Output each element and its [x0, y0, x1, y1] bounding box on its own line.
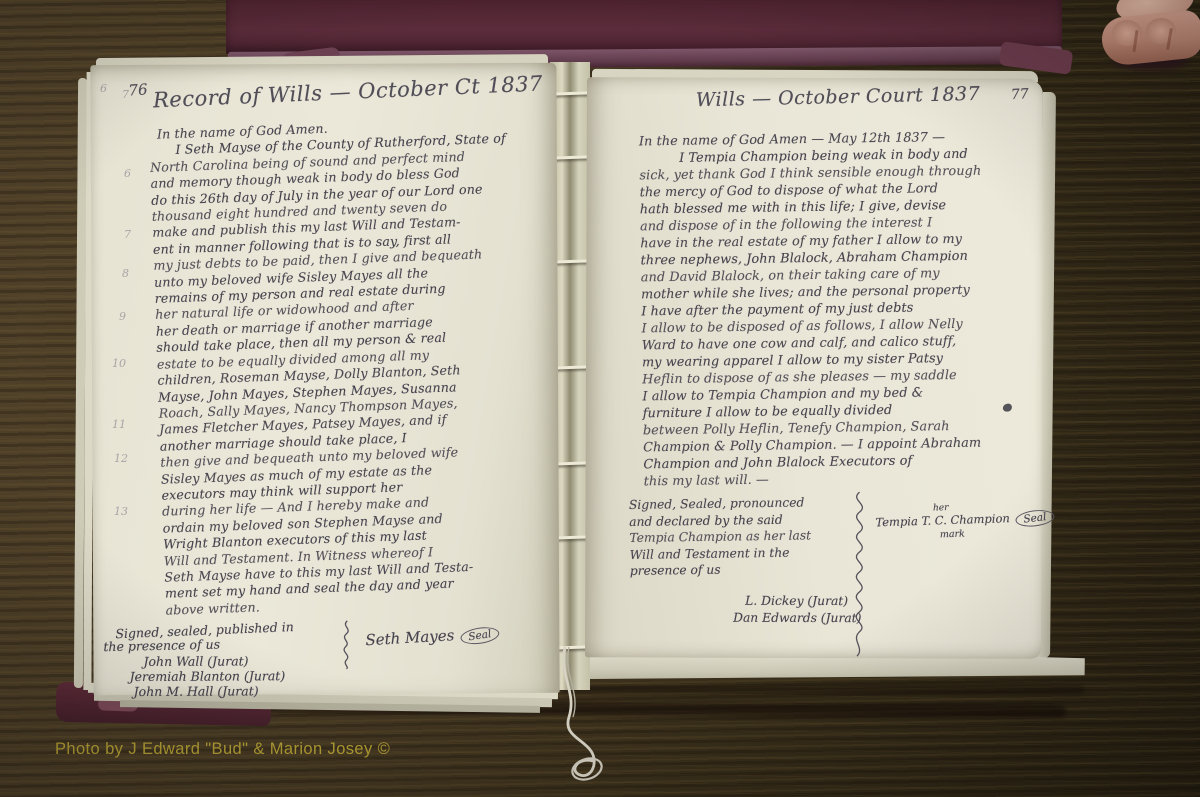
left-page: 76 Record of Wills — October Ct 1837 In …: [90, 63, 559, 695]
testator-mark-signature: her Tempia T. C. ChampionSeal mark: [875, 500, 1055, 543]
margin-number: 6: [100, 82, 107, 95]
witness-signature: John Wall (Jurat): [143, 653, 248, 669]
margin-number: 10: [112, 357, 126, 370]
squiggle-flourish: [847, 490, 870, 661]
photo-of-will-book: 76 Record of Wills — October Ct 1837 In …: [0, 0, 1200, 797]
margin-number: 11: [112, 418, 126, 431]
left-page-header: 76 Record of Wills — October Ct 1837: [128, 79, 548, 105]
margin-number: 7: [124, 228, 131, 241]
testator-name: Tempia T. C. Champion: [875, 511, 1010, 529]
photographer-watermark: Photo by J Edward "Bud" & Marion Josey ©: [55, 740, 390, 759]
attestation-line: Signed, Sealed, pronounced: [629, 494, 811, 513]
binding-string: [535, 645, 665, 795]
seal-mark: Seal: [459, 625, 500, 646]
margin-number: 9: [119, 310, 126, 323]
margin-number: 7: [122, 88, 129, 101]
right-page-header: Wills — October Court 1837 77: [617, 85, 1029, 108]
right-attestation-block: Signed, Sealed, pronounced and declared …: [629, 495, 1034, 656]
seal-mark: Seal: [1015, 508, 1056, 529]
witness-signature: Dan Edwards (Jurat): [733, 611, 861, 625]
brace-flourish: [339, 620, 353, 673]
witness-signature: John M. Hall (Jurat): [134, 683, 259, 699]
margin-number: 13: [114, 505, 128, 518]
attestation-line: Will and Testament in the: [630, 544, 812, 563]
attestation-line: presence of us: [630, 560, 812, 579]
attestation-lines: Signed, Sealed, pronounced and declared …: [629, 494, 812, 579]
testator-name: Seth Mayes: [365, 626, 455, 649]
left-page-number: 76: [128, 80, 148, 99]
right-page-number: 77: [1011, 86, 1030, 103]
margin-number: 6: [124, 167, 131, 180]
margin-number: 12: [114, 452, 128, 465]
right-page-manuscript: In the name of God Amen — May 12th 1837 …: [639, 128, 1036, 490]
mark-label-mark: mark: [940, 526, 1056, 541]
right-page: Wills — October Court 1837 77 In the nam…: [585, 77, 1043, 659]
book-cover-top: [226, 0, 1062, 54]
left-page-manuscript: In the name of God Amen. I Seth Mayse of…: [149, 113, 566, 619]
hand: [1082, 0, 1200, 76]
left-page-title: Record of Wills — October Ct 1837: [147, 71, 549, 112]
testator-signature: Seth MayesSeal: [365, 624, 500, 651]
witness-signature: Jeremiah Blanton (Jurat): [130, 668, 286, 684]
attestation-line: the presence of us: [103, 637, 220, 655]
left-attestation-block: Signed, sealed, published in the presenc…: [99, 619, 551, 695]
margin-number: 8: [122, 267, 129, 280]
witness-signature: L. Dickey (Jurat): [745, 594, 848, 608]
right-page-title: Wills — October Court 1837: [677, 82, 1000, 111]
